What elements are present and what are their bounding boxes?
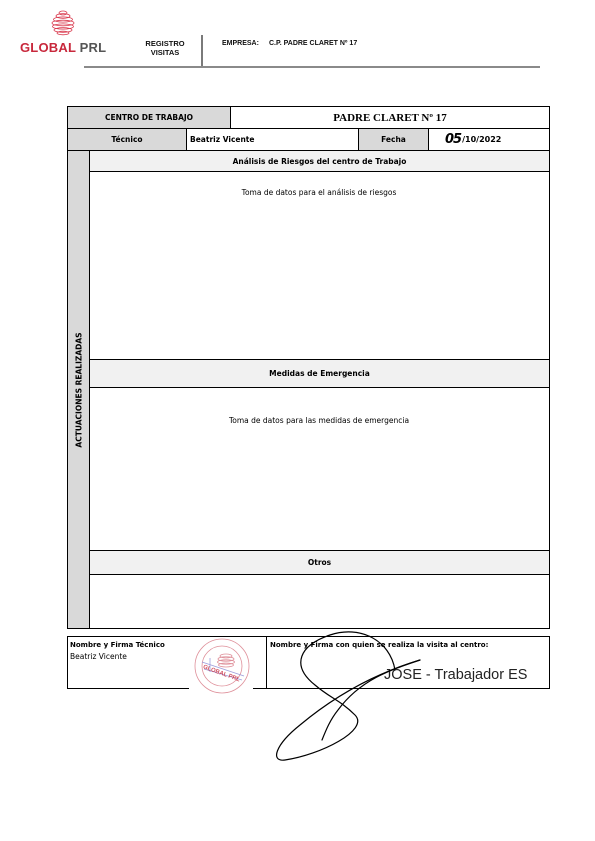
header-divider xyxy=(201,35,203,67)
fecha-day-handwritten: 05 xyxy=(445,132,461,147)
empresa-field: EMPRESA:C.P. PADRE CLARET Nº 17 xyxy=(222,40,357,47)
tecnico-signature-label: Nombre y Firma Técnico xyxy=(70,641,165,649)
tecnico-label: Técnico xyxy=(67,128,187,151)
header-rule xyxy=(84,66,540,68)
document-type-line2: VISITAS xyxy=(125,48,205,57)
tecnico-value: Beatriz Vicente xyxy=(186,128,359,151)
logo-text: GLOBAL PRL xyxy=(20,40,106,55)
centro-value: PADRE CLARET Nº 17 xyxy=(230,106,550,129)
logo-word-prl: PRL xyxy=(80,40,107,55)
section-emergencia-header: Medidas de Emergencia xyxy=(89,359,550,388)
section-analisis-header: Análisis de Riesgos del centro de Trabaj… xyxy=(89,150,550,172)
logo-globe-icon xyxy=(48,8,78,38)
empresa-label: EMPRESA: xyxy=(222,40,259,47)
handwritten-signature-icon xyxy=(260,620,430,774)
section-emergencia-body xyxy=(89,387,550,551)
tecnico-signature-name: Beatriz Vicente xyxy=(70,652,127,661)
document-type: REGISTRO VISITAS xyxy=(125,39,205,57)
actuaciones-label: ACTUACIONES REALIZADAS xyxy=(74,332,83,447)
section-emergencia-content: Toma de datos para las medidas de emerge… xyxy=(229,416,409,425)
fecha-value: 05/10/2022 xyxy=(428,128,550,151)
section-otros-header: Otros xyxy=(89,550,550,575)
document-type-line1: REGISTRO xyxy=(125,39,205,48)
actuaciones-side-column: ACTUACIONES REALIZADAS xyxy=(67,150,90,629)
section-analisis-content: Toma de datos para el análisis de riesgo… xyxy=(242,188,397,197)
logo-word-global: GLOBAL xyxy=(20,40,76,55)
empresa-value: C.P. PADRE CLARET Nº 17 xyxy=(269,40,357,47)
company-stamp-icon: GLOBAL PRL xyxy=(190,636,254,700)
fecha-label: Fecha xyxy=(358,128,429,151)
fecha-rest: /10/2022 xyxy=(462,135,501,144)
section-analisis-body xyxy=(89,171,550,360)
centro-label: CENTRO DE TRABAJO xyxy=(67,106,231,129)
signature-bottom-left xyxy=(67,688,189,689)
